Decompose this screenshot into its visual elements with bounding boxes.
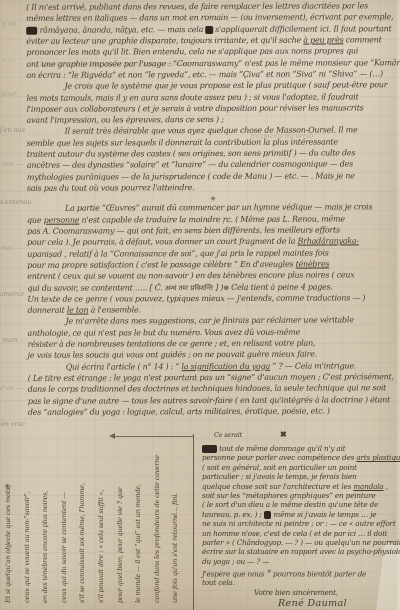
handwritten-text: un homme n'ose, c'est de cela ( et de pa…: [202, 529, 387, 538]
handwritten-text: Je m'arrête dans mes suggestions, car je…: [65, 316, 353, 326]
underlined-word: personne: [44, 215, 80, 224]
handwritten-text: particulier ; si j'avais le temps, je fe…: [202, 472, 357, 481]
handwritten-text: J'espère que nous: [202, 570, 266, 579]
valediction: Votre bien sincèrement,: [254, 588, 400, 598]
handwritten-text: Je crois que le système que je vous prop…: [64, 80, 387, 90]
bleed-through-fragment: ~ —: [1, 56, 15, 64]
handwritten-text: mythologies purâniques — de la jurisprud…: [27, 171, 355, 181]
underlined-word: arts plastiques: [356, 453, 400, 462]
side-note-line: ceux qui du savoir se contentent —: [60, 447, 79, 603]
side-note-line: Et si quelqu'un objecte que ces mots,: [4, 447, 23, 603]
handwritten-text: personne pour parler avec compétence des: [202, 453, 356, 462]
manuscript-line: ne suis ni architecte ni peintre ; or : …: [202, 519, 400, 528]
handwritten-text: ( Il m'est arrivé, publiant dans des rev…: [26, 1, 368, 11]
handwritten-text: que: [27, 215, 44, 224]
handwritten-text: semble que les sujets sur lesquels il do…: [27, 137, 338, 147]
handwritten-text: tout de même dommage qu'il n'y ait: [217, 444, 345, 453]
side-note-line: s'il se connaissait soi-même, l'homme,: [78, 447, 97, 603]
handwritten-text: ont une graphie imposée par l'usage : “C…: [26, 58, 400, 69]
handwritten-text: éviter au lecteur une graphie disparate,…: [26, 36, 303, 46]
manuscript-line: du yoga ; ou — ? —: [202, 557, 400, 566]
handwritten-text: on écrira : “le Rigvéda” et non “le ṛgve…: [26, 69, 383, 80]
side-note-line: en des ténèbres encore plus noires,: [41, 447, 60, 603]
underlined-word: le ton: [67, 306, 89, 315]
handwritten-text: Qui écrira l'article ( n° 14 ) : “: [66, 362, 182, 372]
bottom-column-text: xxxx tout de même dommage qu'il n'y aitp…: [202, 444, 400, 566]
handwritten-text: traitent autour du système des castes ( …: [27, 148, 356, 158]
handwritten-text: avant l'impression, ou les épreuves, dan…: [27, 115, 224, 125]
handwritten-text: rāmāyaṇa, ānanda, nāṭya, etc. — mais cel…: [37, 25, 205, 35]
handwritten-text: pour ma propre satisfaction ( c'est le p…: [27, 260, 295, 270]
handwritten-text: Cela tient à peine 4 pages.: [229, 282, 333, 291]
underlined-word: à peu près: [303, 35, 343, 44]
signature: René Daumal: [278, 598, 400, 610]
handwritten-text: anthologie, ce qui n'est pas le but du n…: [28, 327, 300, 337]
underlined-word: mandala: [353, 482, 383, 491]
manuscript-line: J'espère que nous ✕ pourrons bientôt par…: [202, 569, 400, 578]
interline-insertion: Ce serait: [214, 431, 242, 439]
handwritten-text: ne suis ni architecte ni peintre ; or : …: [202, 519, 396, 528]
handwritten-text: du yoga ; ou — ? —: [202, 557, 269, 566]
handwritten-text: taureau, p. ex. ) ;: [202, 510, 264, 519]
handwritten-text: tout cela.: [202, 578, 235, 587]
manuscript-line: ( soit en général, soit en particulier u…: [202, 463, 400, 472]
side-note-line: confond dans les profondeurs de cette ca…: [153, 447, 172, 603]
x-mark-icon: ✖: [280, 429, 287, 439]
bottom-right-column: xxxx tout de même dommage qu'il n'y aitp…: [202, 444, 400, 610]
side-note-line: une fois qu'on s'est retourné… fini.: [171, 447, 190, 603]
manuscript-line: ( le sort d'un dieu a le même destin qu'…: [202, 500, 400, 509]
bleed-through-fragment: une —: [2, 160, 22, 168]
divider-line-horizontal: [114, 436, 194, 437]
bleed-through-fragment: mars :: [2, 336, 22, 344]
manuscript-line: un homme n'ose, c'est de cela ( et de pa…: [202, 529, 400, 538]
handwritten-text: pourrons bientôt parler de: [271, 570, 366, 579]
handwritten-text: qui du savoir, se contentent ….. [ Ć.: [27, 283, 165, 293]
handwritten-text: donnerait: [27, 306, 66, 315]
handwritten-text: des “analogies” du yoga : logique, calcu…: [28, 406, 330, 416]
handwritten-text: s'appliquerait difficilement ici. Il fau…: [213, 24, 392, 34]
manuscript-line: tout cela.: [202, 578, 400, 587]
manuscript-line: quelque chose soit sur l'architecture et…: [202, 482, 400, 491]
handwritten-text: sais pas du tout où vous pourrez l'attei…: [27, 183, 195, 193]
closing-lines: J'espère que nous ✕ pourrons bientôt par…: [202, 569, 400, 588]
manuscript-line: soit sur les “métaphores graphiques” en …: [202, 491, 400, 500]
manuscript-line: personne pour parler avec compétence des…: [202, 453, 400, 462]
handwritten-text: Il serait très désirable que vous ayez q…: [65, 126, 358, 136]
manuscript-line: écrire sur la statuaire en rapport avec …: [202, 547, 400, 556]
handwritten-text: mêmes lettres en italiques — dans un mot…: [26, 13, 393, 24]
manuscript-line: xxxx tout de même dommage qu'il n'y ait: [202, 444, 400, 453]
bleed-through-fragment: mai ~: [1, 244, 20, 252]
handwritten-text: quelque chose soit sur l'architecture et…: [202, 482, 353, 491]
bleed-through-fragment: amorce: [0, 290, 24, 298]
bleed-through-fragment: j'en mis: [0, 126, 25, 134]
handwritten-text: Un texte de ce genre ( vous pouvez, typi…: [27, 293, 365, 303]
handwritten-text: l'imposer aux collaborateurs ( et je ser…: [27, 103, 364, 113]
handwritten-text: parler » ( Chândogyop. — ? ) — ou quelqu…: [202, 538, 400, 547]
handwritten-text: comment: [343, 35, 381, 44]
handwritten-text: prononcer les mots qu'il lit. Bien enten…: [26, 47, 358, 57]
handwritten-text: résister à de nombreuses tentations de c…: [28, 339, 316, 349]
devanagari-quotation: अन्धं तमः प्रविशन्ति: [165, 284, 213, 292]
ink-blot: xxx: [26, 26, 37, 34]
handwritten-text: je vois tous les soucis qui vous ont gui…: [28, 350, 317, 360]
underlined-word: ténèbres: [296, 259, 330, 268]
manuscript-line: des “analogies” du yoga : logique, calcu…: [28, 406, 400, 419]
handwritten-text: ,: [384, 482, 388, 491]
handwritten-text: ( le sort d'un dieu a le même destin qu'…: [202, 500, 378, 509]
handwritten-text: même si j'avais le temps … je: [271, 510, 376, 519]
manuscript-text: ( Il m'est arrivé, publiant dans des rev…: [26, 1, 400, 419]
manuscript-line: parler » ( Chândogyop. — ? ) — ou quelqu…: [202, 538, 400, 547]
bleed-through-fragment: en vrac: [1, 420, 25, 428]
handwritten-text: entrent ( ceux qui se vouent au non-savo…: [27, 271, 354, 281]
handwritten-text: écrire sur la statuaire en rapport avec …: [202, 547, 400, 556]
handwritten-text: dans le corps traditionnel des doctrines…: [28, 384, 386, 395]
handwritten-text: ] ): [213, 282, 223, 291]
handwritten-text: pour cela ). Je pourrais, à défaut, vous…: [27, 237, 297, 247]
handwritten-text: pas le signe d'une autre — tous les autr…: [28, 395, 390, 406]
manuscript-line: particulier ; si j'avais le temps, je fe…: [202, 472, 400, 481]
divider-line-vertical: [193, 434, 194, 610]
handwritten-text: ( Le titre est étrange : le yoga n'est p…: [28, 372, 394, 383]
handwritten-text: ” ? — Cela m'intrigue.: [270, 361, 356, 370]
bleed-through-fragment: d'un —: [0, 384, 23, 392]
underlined-word: la signification du yoga: [182, 361, 271, 370]
handwritten-text: upaniṣad , relatif à la “Connaissance de…: [27, 248, 328, 258]
arrow-icon: [109, 433, 115, 439]
handwritten-text: soit sur les “métaphores graphiques” en …: [202, 491, 375, 500]
handwritten-text: pas A. Coomaraswamy — qui ont fait, en s…: [27, 225, 340, 235]
handwritten-text: à l'ensemble.: [88, 305, 140, 314]
manuscript-line: taureau, p. ex. ) ; xx même si j'avais l…: [202, 510, 400, 519]
ink-blot: xxxx: [202, 445, 217, 453]
side-note-vertical-text: Et si quelqu'un objecte que ces mots,ceu…: [4, 447, 190, 603]
side-note-line: pour quel bien, pour quelle vie ? que: [116, 447, 135, 603]
side-note-line: s'il pouvait dire : « cela seul suffit »…: [97, 447, 116, 603]
manuscript-page: p mi~ —pourj'en misune —s'entendumai ~am…: [0, 0, 400, 610]
handwritten-text: les mots tamouls, mais il y en aura sans…: [26, 92, 358, 102]
side-note-line: ceux qui se vouent au non-“savoir”,: [23, 447, 42, 603]
underlined-word: Bṛhadâraṇyaka-: [298, 237, 359, 246]
side-note-container: Et si quelqu'un objecte que ces mots,ceu…: [4, 447, 192, 605]
side-note-line: le monde — il est “qui” est un monde,: [134, 447, 153, 603]
bleed-through-fragment: pour: [1, 90, 16, 98]
footnote-star-icon: ✳: [210, 195, 216, 203]
bleed-through-fragment: p mi: [2, 20, 16, 28]
ink-blot: xx: [205, 26, 212, 34]
handwritten-text: ancêtres — des dynasties “solaire” et “l…: [27, 160, 353, 170]
handwritten-text: La partie “Œuvres” aurait dû commencer p…: [65, 203, 372, 213]
handwritten-text: n'est capable de traduire la moindre ṛc.…: [79, 214, 345, 224]
handwritten-text: ( soit en général, soit en particulier u…: [202, 463, 357, 472]
